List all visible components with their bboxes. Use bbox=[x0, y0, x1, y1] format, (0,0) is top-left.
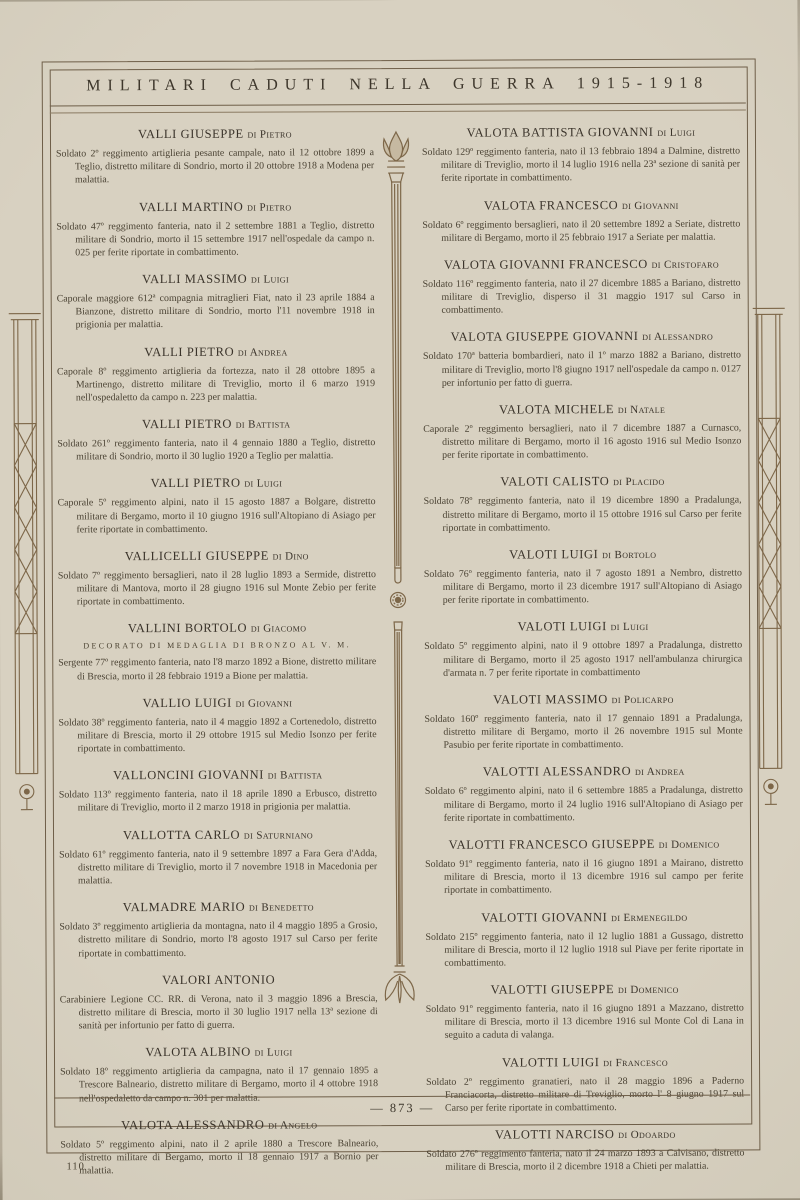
soldier-surname-firstname: VALLINI BORTOLO bbox=[128, 621, 247, 636]
soldier-surname-firstname: VALOTI MASSIMO bbox=[493, 692, 608, 707]
soldier-entry: VALLONCINI GIOVANNI di Battista Soldato … bbox=[59, 767, 377, 815]
soldier-name: VALOTA MICHELE di Natale bbox=[423, 401, 741, 417]
soldier-surname-firstname: VALLI PIETRO bbox=[144, 344, 234, 358]
soldier-name: VALLIO LUIGI di Giovanni bbox=[58, 695, 376, 711]
soldier-surname-firstname: VALMADRE MARIO bbox=[123, 900, 245, 915]
soldier-name: VALLI MASSIMO di Luigi bbox=[57, 271, 375, 287]
soldier-patronymic: di Domenico bbox=[618, 984, 679, 996]
soldier-patronymic: di Battista bbox=[236, 419, 291, 431]
soldier-patronymic: di Policarpo bbox=[612, 694, 674, 706]
page-title: MILITARI CADUTI NELLA GUERRA 1915-1918 bbox=[50, 74, 746, 95]
soldier-decoration: Decorato di medaglia di bronzo al V. M. bbox=[58, 641, 376, 651]
soldier-record: Soldato 5º reggimento alpini, nato il 2 … bbox=[60, 1137, 378, 1178]
soldier-name: VALLINI BORTOLO di Giacomo bbox=[58, 621, 376, 637]
soldier-patronymic: di Cristofaro bbox=[652, 258, 720, 270]
soldier-name: VALOTTI FRANCESCO GIUSEPPE di Domenico bbox=[425, 836, 743, 852]
soldier-name: VALLI PIETRO di Andrea bbox=[57, 344, 375, 360]
soldier-record: Soldato 3º reggimento artiglieria da mon… bbox=[59, 919, 377, 960]
soldier-surname-firstname: VALOTTI GIOVANNI bbox=[481, 910, 607, 925]
soldier-patronymic: di Andrea bbox=[635, 766, 685, 778]
soldier-record: Soldato 113º reggimento fanteria, nato i… bbox=[59, 787, 377, 815]
soldier-surname-firstname: VALOTA GIOVANNI FRANCESCO bbox=[444, 257, 648, 272]
soldier-record: Sergente 77º reggimento fanteria, nato l… bbox=[58, 656, 376, 684]
soldier-record: Soldato 91º reggimento fanteria, nato il… bbox=[425, 856, 743, 897]
soldier-surname-firstname: VALLI MASSIMO bbox=[142, 272, 247, 286]
soldier-entry: VALOTTI FRANCESCO GIUSEPPE di Domenico S… bbox=[425, 836, 743, 897]
soldier-entry: VALOTA FRANCESCO di Giovanni Soldato 6º … bbox=[422, 197, 740, 245]
soldier-entry: VALOTA ALESSANDRO di Angelo Soldato 5º r… bbox=[60, 1117, 378, 1178]
soldier-entry: VALOTI CALISTO di Placido Soldato 78º re… bbox=[423, 474, 741, 535]
soldier-patronymic: di Alessandro bbox=[642, 331, 713, 343]
soldier-record: Soldato 215º reggimento fanteria, nato i… bbox=[425, 929, 743, 970]
soldier-surname-firstname: VALOTTI FRANCESCO GIUSEPPE bbox=[449, 837, 655, 852]
soldier-surname-firstname: VALOTA BATTISTA GIOVANNI bbox=[467, 125, 654, 140]
soldier-record: Soldato 170ª batteria bombardieri, nato … bbox=[423, 349, 741, 390]
entry-columns: VALLI GIUSEPPE di Pietro Soldato 2º regg… bbox=[56, 125, 745, 1191]
soldier-patronymic: di Luigi bbox=[244, 478, 282, 490]
left-column: VALLI GIUSEPPE di Pietro Soldato 2º regg… bbox=[56, 126, 379, 1191]
page-number: — 873 — bbox=[54, 1099, 750, 1117]
soldier-surname-firstname: VALOTA ALESSANDRO bbox=[121, 1117, 264, 1132]
soldier-surname-firstname: VALOTTI LUIGI bbox=[502, 1055, 600, 1069]
soldier-patronymic: di Dino bbox=[273, 550, 309, 562]
soldier-name: VALOTTI GIUSEPPE di Domenico bbox=[426, 982, 744, 998]
soldier-record: Soldato 18º reggimento artiglieria da ca… bbox=[60, 1064, 378, 1105]
soldier-entry: VALOTA MICHELE di Natale Caporale 2º reg… bbox=[423, 401, 741, 462]
soldier-record: Soldato 160º reggimento fanteria, nato i… bbox=[424, 711, 742, 752]
scanned-page: MILITARI CADUTI NELLA GUERRA 1915-1918 V… bbox=[0, 0, 800, 1200]
soldier-name: VALLI PIETRO di Battista bbox=[57, 416, 375, 432]
soldier-record: Soldato 7º reggimento bersaglieri, nato … bbox=[58, 568, 376, 609]
soldier-record: Soldato 276º reggimento fanteria, nato i… bbox=[426, 1147, 744, 1175]
soldier-surname-firstname: VALLI GIUSEPPE bbox=[138, 127, 244, 141]
soldier-patronymic: di Andrea bbox=[238, 346, 288, 358]
soldier-name: VALOTI LUIGI di Bortolo bbox=[424, 546, 742, 562]
soldier-patronymic: di Luigi bbox=[251, 274, 289, 286]
soldier-entry: VALLI GIUSEPPE di Pietro Soldato 2º regg… bbox=[56, 126, 374, 187]
soldier-surname-firstname: VALLOTTA CARLO bbox=[123, 827, 240, 842]
soldier-surname-firstname: VALLI PIETRO bbox=[142, 417, 232, 431]
soldier-record: Soldato 76º reggimento fanteria, nato il… bbox=[424, 566, 742, 607]
soldier-record: Soldato 91º reggimento fanteria, nato il… bbox=[426, 1002, 744, 1043]
soldier-patronymic: di Luigi bbox=[611, 621, 649, 633]
soldier-record: Soldato 6º reggimento alpini, nato il 6 … bbox=[425, 784, 743, 825]
soldier-patronymic: di Battista bbox=[268, 770, 323, 782]
soldier-record: Soldato 38º reggimento fanteria, nato il… bbox=[59, 715, 377, 756]
soldier-entry: VALOTI LUIGI di Luigi Soldato 5º reggime… bbox=[424, 619, 742, 680]
soldier-entry: VALMADRE MARIO di Benedetto Soldato 3º r… bbox=[59, 899, 377, 960]
soldier-entry: VALORI ANTONIO Carabiniere Legione CC. R… bbox=[60, 972, 378, 1033]
soldier-name: VALOTA GIOVANNI FRANCESCO di Cristofaro bbox=[423, 256, 741, 272]
soldier-name: VALOTI LUIGI di Luigi bbox=[424, 619, 742, 635]
soldier-entry: VALLI PIETRO di Battista Soldato 261º re… bbox=[57, 416, 375, 464]
soldier-entry: VALLI PIETRO di Luigi Caporale 5º reggim… bbox=[57, 476, 375, 537]
soldier-patronymic: di Giovanni bbox=[622, 199, 679, 211]
soldier-name: VALOTTI LUIGI di Francesco bbox=[426, 1054, 744, 1070]
soldier-record: Caporale maggiore 612ª compagnia mitragl… bbox=[57, 291, 375, 332]
soldier-entry: VALLINI BORTOLO di Giacomo Decorato di m… bbox=[58, 621, 376, 684]
soldier-entry: VALOTI MASSIMO di Policarpo Soldato 160º… bbox=[424, 691, 742, 752]
soldier-record: Soldato 5º reggimento alpini, nato il 9 … bbox=[424, 639, 742, 680]
soldier-surname-firstname: VALOTI LUIGI bbox=[518, 620, 607, 634]
soldier-entry: VALLIO LUIGI di Giovanni Soldato 38º reg… bbox=[58, 695, 376, 756]
soldier-name: VALOTTI ALESSANDRO di Andrea bbox=[425, 764, 743, 780]
soldier-record: Soldato 116º reggimento fanteria, nato i… bbox=[423, 276, 741, 317]
soldier-surname-firstname: VALOTA FRANCESCO bbox=[484, 198, 618, 213]
soldier-entry: VALOTTI GIUSEPPE di Domenico Soldato 91º… bbox=[426, 982, 744, 1043]
soldier-entry: VALLOTTA CARLO di Saturniano Soldato 61º… bbox=[59, 827, 377, 888]
soldier-surname-firstname: VALORI ANTONIO bbox=[162, 972, 275, 986]
soldier-name: VALOTTI GIOVANNI di Ermenegildo bbox=[425, 909, 743, 925]
soldier-name: VALOTI CALISTO di Placido bbox=[423, 474, 741, 490]
soldier-record: Soldato 61º reggimento fanteria, nato il… bbox=[59, 847, 377, 888]
soldier-surname-firstname: VALOTTI GIUSEPPE bbox=[491, 982, 615, 997]
soldier-record: Soldato 261º reggimento fanteria, nato i… bbox=[57, 436, 375, 464]
soldier-surname-firstname: VALLI MARTINO bbox=[139, 199, 243, 213]
soldier-name: VALOTA ALESSANDRO di Angelo bbox=[60, 1117, 378, 1133]
soldier-name: VALOTA FRANCESCO di Giovanni bbox=[422, 197, 740, 213]
soldier-patronymic: di Angelo bbox=[268, 1119, 317, 1131]
soldier-record: Soldato 47º reggimento fanteria, nato il… bbox=[56, 219, 374, 260]
soldier-patronymic: di Pietro bbox=[247, 128, 292, 140]
soldier-entry: VALOTTI NARCISO di Odoardo Soldato 276º … bbox=[426, 1127, 744, 1175]
soldier-patronymic: di Luigi bbox=[657, 127, 695, 139]
soldier-patronymic: di Ermenegildo bbox=[611, 911, 687, 923]
soldier-patronymic: di Giovanni bbox=[236, 697, 293, 709]
soldier-name: VALMADRE MARIO di Benedetto bbox=[59, 899, 377, 915]
soldier-entry: VALOTA BATTISTA GIOVANNI di Luigi Soldat… bbox=[422, 125, 740, 186]
soldier-surname-firstname: VALLICELLI GIUSEPPE bbox=[125, 548, 269, 563]
soldier-surname-firstname: VALOTI CALISTO bbox=[500, 474, 609, 488]
soldier-patronymic: di Placido bbox=[613, 476, 665, 488]
soldier-name: VALOTTI NARCISO di Odoardo bbox=[426, 1127, 744, 1143]
soldier-patronymic: di Benedetto bbox=[249, 902, 314, 914]
soldier-entry: VALLI MARTINO di Pietro Soldato 47º regg… bbox=[56, 199, 374, 260]
soldier-patronymic: di Luigi bbox=[255, 1047, 293, 1059]
soldier-name: VALORI ANTONIO bbox=[60, 972, 378, 988]
soldier-name: VALLI MARTINO di Pietro bbox=[56, 199, 374, 215]
soldier-name: VALOTA BATTISTA GIOVANNI di Luigi bbox=[422, 125, 740, 141]
soldier-surname-firstname: VALOTI LUIGI bbox=[509, 547, 598, 561]
soldier-record: Caporale 5º reggimento alpini, nato il 1… bbox=[58, 496, 376, 537]
soldier-entry: VALOTTI ALESSANDRO di Andrea Soldato 6º … bbox=[425, 764, 743, 825]
soldier-name: VALLOTTA CARLO di Saturniano bbox=[59, 827, 377, 843]
soldier-patronymic: di Giacomo bbox=[251, 623, 307, 635]
soldier-patronymic: di Domenico bbox=[659, 839, 720, 851]
soldier-patronymic: di Odoardo bbox=[618, 1129, 675, 1141]
soldier-surname-firstname: VALLI PIETRO bbox=[151, 476, 241, 490]
soldier-entry: VALLI PIETRO di Andrea Caporale 8º reggi… bbox=[57, 344, 375, 405]
soldier-record: Soldato 2º reggimento artiglieria pesant… bbox=[56, 146, 374, 187]
soldier-patronymic: di Natale bbox=[618, 404, 665, 416]
soldier-name: VALOTA GIUSEPPE GIOVANNI di Alessandro bbox=[423, 329, 741, 345]
soldier-patronymic: di Saturniano bbox=[244, 829, 313, 841]
soldier-name: VALOTA ALBINO di Luigi bbox=[60, 1044, 378, 1060]
soldier-surname-firstname: VALLIO LUIGI bbox=[143, 696, 232, 710]
soldier-name: VALLONCINI GIOVANNI di Battista bbox=[59, 767, 377, 783]
soldier-record: Caporale 2º reggimento bersaglieri, nato… bbox=[423, 421, 741, 462]
soldier-patronymic: di Pietro bbox=[247, 201, 292, 213]
soldier-surname-firstname: VALOTA ALBINO bbox=[145, 1045, 251, 1059]
soldier-record: Soldato 129º reggimento fanteria, nato i… bbox=[422, 145, 740, 186]
soldier-patronymic: di Francesco bbox=[603, 1056, 668, 1068]
soldier-record: Soldato 78º reggimento fanteria, nato il… bbox=[424, 494, 742, 535]
soldier-entry: VALOTI LUIGI di Bortolo Soldato 76º regg… bbox=[424, 546, 742, 607]
soldier-surname-firstname: VALLONCINI GIOVANNI bbox=[113, 768, 264, 783]
right-column: VALOTA BATTISTA GIOVANNI di Luigi Soldat… bbox=[422, 125, 745, 1190]
folio-number: 110 bbox=[66, 1161, 84, 1172]
soldier-surname-firstname: VALOTTI NARCISO bbox=[495, 1127, 615, 1142]
soldier-surname-firstname: VALOTTI ALESSANDRO bbox=[483, 764, 631, 779]
soldier-entry: VALLICELLI GIUSEPPE di Dino Soldato 7º r… bbox=[58, 548, 376, 609]
soldier-name: VALLI GIUSEPPE di Pietro bbox=[56, 126, 374, 142]
soldier-surname-firstname: VALOTA GIUSEPPE GIOVANNI bbox=[451, 329, 639, 344]
soldier-record: Caporale 8º reggimento artiglieria da fo… bbox=[57, 364, 375, 405]
soldier-entry: VALOTA GIOVANNI FRANCESCO di Cristofaro … bbox=[423, 256, 741, 317]
lattice-border-ornament-icon bbox=[5, 304, 47, 824]
soldier-patronymic: di Bortolo bbox=[602, 549, 656, 561]
soldier-name: VALLICELLI GIUSEPPE di Dino bbox=[58, 548, 376, 564]
soldier-entry: VALOTA GIUSEPPE GIOVANNI di Alessandro S… bbox=[423, 329, 741, 390]
soldier-name: VALOTI MASSIMO di Policarpo bbox=[424, 691, 742, 707]
soldier-record: Soldato 6º reggimento bersaglieri, nato … bbox=[422, 217, 740, 245]
soldier-entry: VALLI MASSIMO di Luigi Caporale maggiore… bbox=[57, 271, 375, 332]
soldier-entry: VALOTTI GIOVANNI di Ermenegildo Soldato … bbox=[425, 909, 743, 970]
soldier-surname-firstname: VALOTA MICHELE bbox=[499, 402, 614, 417]
soldier-name: VALLI PIETRO di Luigi bbox=[57, 476, 375, 492]
soldier-record: Carabiniere Legione CC. RR. di Verona, n… bbox=[60, 992, 378, 1033]
